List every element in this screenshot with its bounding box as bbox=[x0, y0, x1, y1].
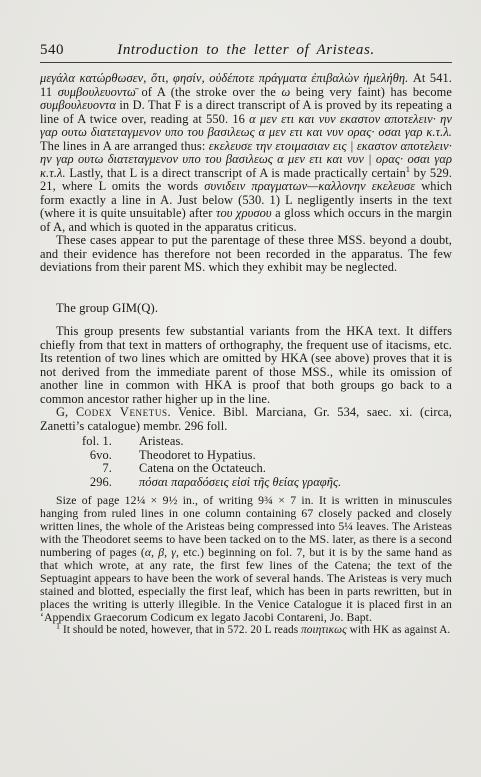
page-number: 540 bbox=[40, 42, 100, 59]
folio-label: fol. 1. bbox=[40, 435, 112, 449]
folio-row: 6vo. Theodoret to Hypatius. bbox=[40, 449, 452, 463]
folio-list: fol. 1. Aristeas. 6vo. Theodoret to Hypa… bbox=[40, 435, 452, 489]
folio-label: 296. bbox=[40, 476, 112, 490]
header-rule bbox=[40, 62, 452, 63]
parentage-paragraph: These cases appear to put the parentage … bbox=[40, 234, 452, 275]
running-header: 540 Introduction to the letter of Ariste… bbox=[40, 42, 452, 59]
group-gimq-heading: The group GIM(Q). bbox=[40, 302, 452, 316]
codex-venetus-paragraph: G, Codex Venetus. Venice. Bibl. Marciana… bbox=[40, 406, 452, 433]
folio-row: fol. 1. Aristeas. bbox=[40, 435, 452, 449]
size-description-paragraph: Size of page 12¼ × 9½ in., of writing 9¾… bbox=[40, 494, 452, 624]
folio-row: 7. Catena on the Octateuch. bbox=[40, 462, 452, 476]
folio-content: Aristeas. bbox=[112, 435, 184, 449]
running-title: Introduction to the letter of Aristeas. bbox=[100, 42, 392, 59]
folio-content: πόσαι παραδόσεις εἰσὶ τῆς θείας γραφῆς. bbox=[112, 476, 341, 490]
folio-content: Catena on the Octateuch. bbox=[112, 462, 266, 476]
folio-label: 6vo. bbox=[40, 449, 112, 463]
book-page: 540 Introduction to the letter of Ariste… bbox=[0, 0, 481, 777]
folio-row: 296. πόσαι παραδόσεις εἰσὶ τῆς θείας γρα… bbox=[40, 476, 452, 490]
opening-paragraph: μεγάλα κατώρθωσεν, ὅτι, φησίν, οὐδέποτε … bbox=[40, 72, 452, 234]
group-gimq-paragraph: This group presents few substantial vari… bbox=[40, 325, 452, 406]
folio-content: Theodoret to Hypatius. bbox=[112, 449, 256, 463]
footnote: 1 It should be noted, however, that in 5… bbox=[40, 624, 452, 637]
folio-label: 7. bbox=[40, 462, 112, 476]
page-body: μεγάλα κατώρθωσεν, ὅτι, φησίν, οὐδέποτε … bbox=[40, 72, 452, 637]
